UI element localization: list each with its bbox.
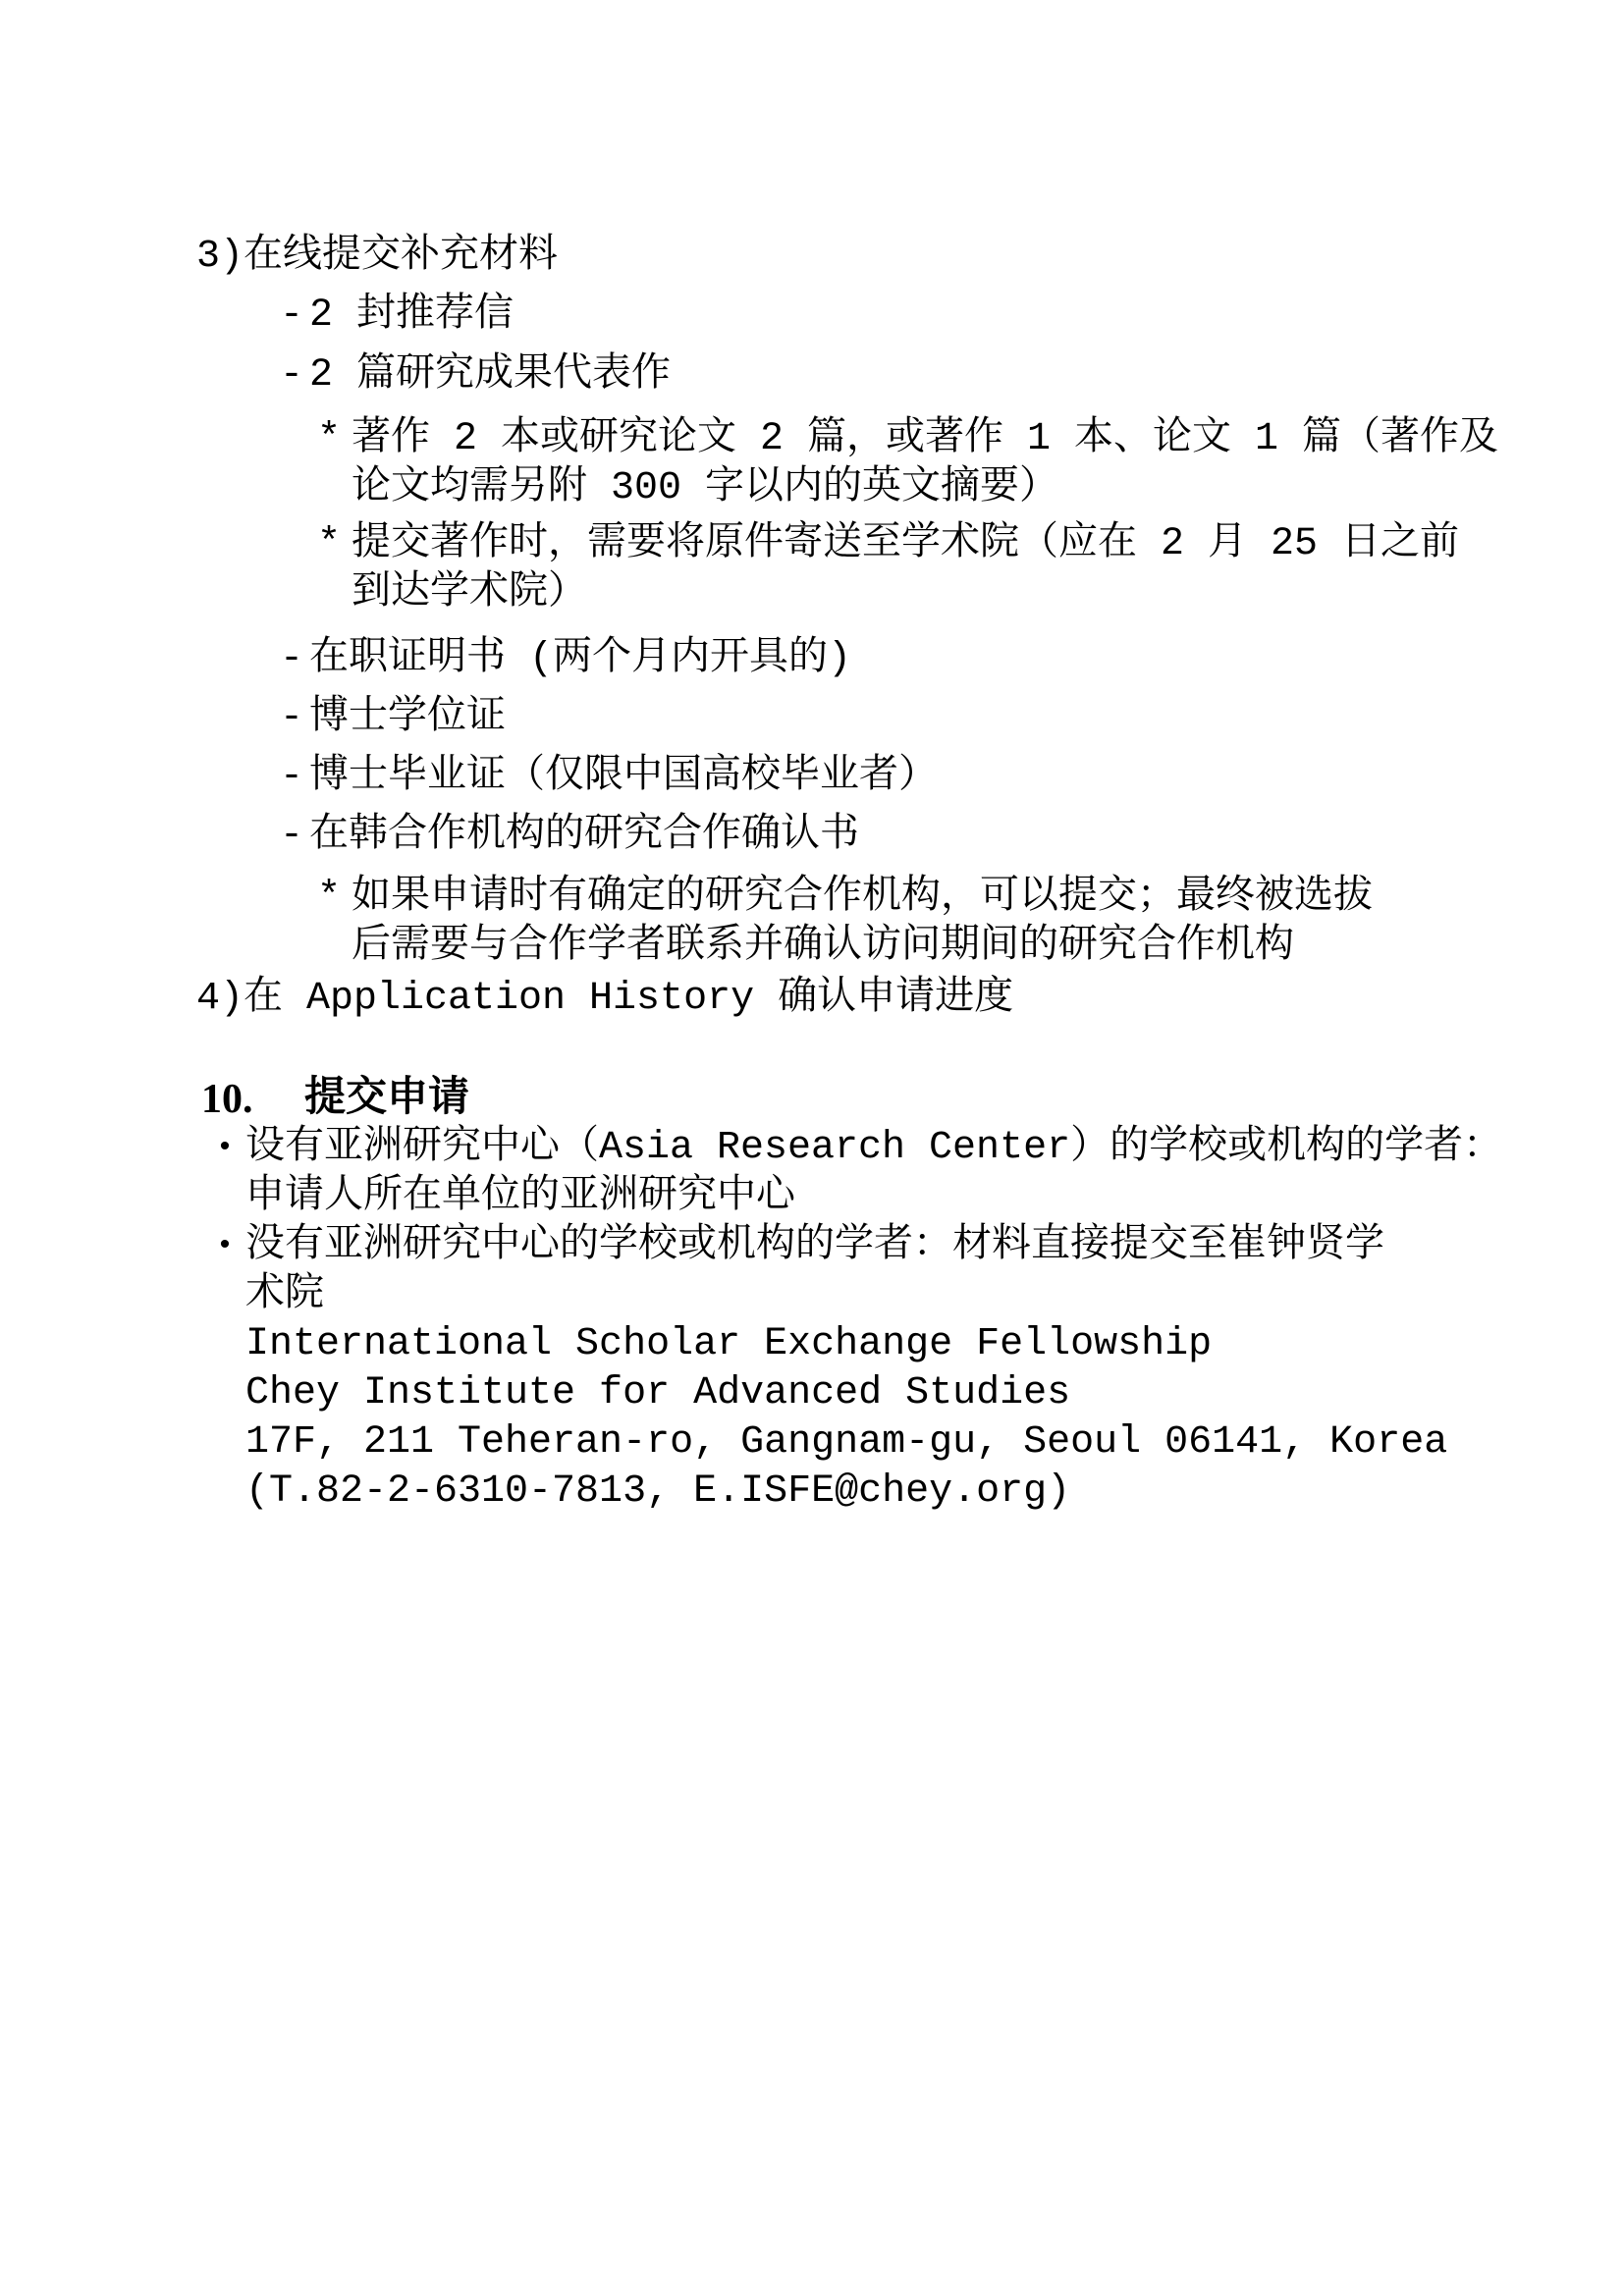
dash-item-label: 在韩合作机构的研究合作确认书 (309, 812, 1624, 861)
bullet-marker: • (216, 1222, 245, 1271)
dash-item-representative-works: - 2 篇研究成果代表作 (280, 351, 1624, 400)
star-marker: * (317, 415, 352, 464)
document-page: 3) 在线提交补充材料 - 2 封推荐信 - 2 篇研究成果代表作 * 著作 2… (0, 0, 1624, 2296)
dash-marker: - (280, 351, 309, 400)
star-marker: * (317, 874, 352, 923)
note-line-2: 论文均需另附 300 字以内的英文摘要） (352, 464, 1624, 513)
dash-item-recommendation-letters: - 2 封推荐信 (280, 292, 1624, 341)
item-3-number: 3) (196, 233, 244, 282)
section-10-number: 10. (201, 1075, 304, 1124)
item-4-number: 4) (196, 975, 244, 1024)
bullet-item-with-arc: • 设有亚洲研究中心（Asia Research Center）的学校或机构的学… (216, 1124, 1624, 1222)
dash-item-phd-degree: - 博士学位证 (280, 694, 1624, 743)
star-marker: * (317, 520, 352, 569)
address-program: International Scholar Exchange Fellowshi… (245, 1320, 1624, 1369)
bullet-line-1: 设有亚洲研究中心（Asia Research Center）的学校或机构的学者： (245, 1124, 1624, 1173)
note-line-1: 如果申请时有确定的研究合作机构，可以提交；最终被选拔 (352, 874, 1624, 923)
note-line-1: 提交著作时，需要将原件寄送至学术院（应在 2 月 25 日之前 (352, 520, 1624, 569)
section-10-heading: 10. 提交申请 (201, 1075, 1624, 1124)
note-line-2: 到达学术院） (352, 569, 1624, 618)
star-note-text: 著作 2 本或研究论文 2 篇，或著作 1 本、论文 1 篇（著作及 论文均需另… (352, 415, 1624, 513)
star-note-mail-originals: * 提交著作时，需要将原件寄送至学术院（应在 2 月 25 日之前 到达学术院） (317, 520, 1624, 618)
bullet-line-2: 术院 (245, 1271, 1624, 1320)
address-contact: (T.82-2-6310-7813, E.ISFE@chey.org) (245, 1468, 1624, 1517)
dash-marker: - (280, 635, 309, 684)
dash-item-label: 2 封推荐信 (309, 292, 1624, 341)
address-street: 17F, 211 Teheran-ro, Gangnam-gu, Seoul 0… (245, 1418, 1624, 1468)
dash-item-label: 博士毕业证（仅限中国高校毕业者） (309, 753, 1624, 802)
note-line-2: 后需要与合作学者联系并确认访问期间的研究合作机构 (352, 923, 1624, 972)
bullet-text: 设有亚洲研究中心（Asia Research Center）的学校或机构的学者：… (245, 1124, 1624, 1222)
note-line-1: 著作 2 本或研究论文 2 篇，或著作 1 本、论文 1 篇（著作及 (352, 415, 1624, 464)
star-note-works-detail: * 著作 2 本或研究论文 2 篇，或著作 1 本、论文 1 篇（著作及 论文均… (317, 415, 1624, 513)
bullet-item-without-arc: • 没有亚洲研究中心的学校或机构的学者：材料直接提交至崔钟贤学 术院 (216, 1222, 1624, 1320)
dash-item-label: 2 篇研究成果代表作 (309, 351, 1624, 400)
dash-item-korea-cooperation-confirmation: - 在韩合作机构的研究合作确认书 (280, 812, 1624, 861)
dash-marker: - (280, 753, 309, 802)
section-10-title: 提交申请 (304, 1075, 469, 1124)
bullet-line-1: 没有亚洲研究中心的学校或机构的学者：材料直接提交至崔钟贤学 (245, 1222, 1624, 1271)
dash-marker: - (280, 292, 309, 341)
dash-marker: - (280, 694, 309, 743)
dash-item-employment-certificate: - 在职证明书 (两个月内开具的) (280, 635, 1624, 684)
dash-marker: - (280, 812, 309, 861)
bullet-marker: • (216, 1124, 245, 1173)
list-item-3: 3) 在线提交补充材料 (196, 233, 1624, 282)
mailing-address-block: International Scholar Exchange Fellowshi… (245, 1320, 1624, 1517)
star-note-text: 提交著作时，需要将原件寄送至学术院（应在 2 月 25 日之前 到达学术院） (352, 520, 1624, 618)
dash-item-label: 在职证明书 (两个月内开具的) (309, 635, 1624, 684)
star-note-cooperation-detail: * 如果申请时有确定的研究合作机构，可以提交；最终被选拔 后需要与合作学者联系并… (317, 874, 1624, 972)
item-4-text: 在 Application History 确认申请进度 (244, 975, 1624, 1024)
star-note-text: 如果申请时有确定的研究合作机构，可以提交；最终被选拔 后需要与合作学者联系并确认… (352, 874, 1624, 972)
bullet-text: 没有亚洲研究中心的学校或机构的学者：材料直接提交至崔钟贤学 术院 (245, 1222, 1624, 1320)
list-item-4: 4) 在 Application History 确认申请进度 (196, 975, 1624, 1024)
bullet-line-2: 申请人所在单位的亚洲研究中心 (245, 1173, 1624, 1222)
address-institute: Chey Institute for Advanced Studies (245, 1369, 1624, 1418)
dash-item-label: 博士学位证 (309, 694, 1624, 743)
item-3-title: 在线提交补充材料 (244, 233, 1624, 282)
dash-item-phd-diploma: - 博士毕业证（仅限中国高校毕业者） (280, 753, 1624, 802)
